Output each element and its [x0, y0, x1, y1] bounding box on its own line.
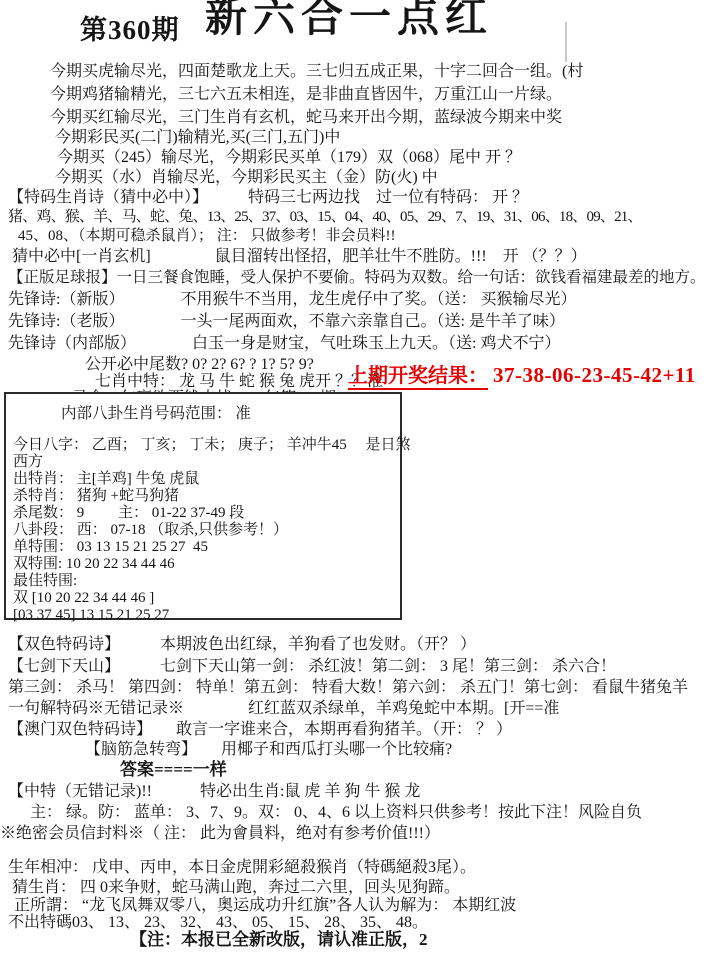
seven-swords-line-2: 第三剑： 杀马！ 第四剑： 特单！第五剑： 特看大数！第六剑： 杀五门！第七剑：…: [8, 678, 688, 698]
box-line-kill-zodiac: 杀特肖： 猪狗 +蛇马狗猪: [13, 488, 400, 505]
pioneer-poem-old: 先锋诗:（老版） 一头一尾两面欢，不靠六亲靠自己。（送: 是牛羊了味）: [8, 312, 565, 332]
box-line-kill-tail: 杀尾数： 9 主： 01-22 37-49 段: [13, 505, 400, 522]
seven-swords-line-1: 【七剑下天山】 七剑下天山第一剑： 杀红波！第二剑： 3 尾！第三剑： 杀六合！: [8, 657, 616, 677]
box-line-best-even: 双 [10 20 22 34 44 46 ]: [13, 590, 400, 607]
pioneer-poem-internal: 先锋诗（内部版） 白玉一身是财宝，气吐珠玉上九天。（送: 鸡犬不宁）: [8, 334, 560, 354]
box-line-best-mixed: [03 37 45] 13 15 21 25 27: [13, 607, 400, 624]
box-title: 内部八卦生肖号码范围： 准: [61, 401, 400, 423]
pioneer-poem-new: 先锋诗:（新版） 不用猴牛不当用，龙生虎仔中了奖。（送： 买猴输尽光）: [8, 290, 576, 310]
brain-teaser-line: 【脑筋急转弯】 用椰子和西瓜打头哪一个比较痛?: [85, 740, 452, 760]
previous-result-label: 上期开奖结果：: [348, 365, 488, 390]
box-line-bagua-range: 八卦段： 西： 07-18 （取杀,只供参考！）: [13, 522, 400, 539]
previous-result: 上期开奖结果： 37-38-06-23-45-42+11: [348, 365, 696, 386]
box-line-best-label: 最佳特围:: [13, 573, 400, 590]
scan-artifact: [565, 22, 567, 62]
bagua-info-box: 内部八卦生肖号码范围： 准 今日八字： 乙酉； 丁亥； 丁未； 庚子； 羊冲牛4…: [4, 392, 402, 620]
section-special-zodiac-poem: 【特码生肖诗（猜中必中）】 特码三七两边找 过一位有特码： 开 ？: [8, 188, 528, 208]
brain-teaser-answer: 答案====一样: [120, 760, 227, 780]
poem-line-2: 今期鸡猪输精光，三七六五未相连，是非曲直皆因牛，万重江山一片绿。: [50, 85, 562, 105]
poem-line-3: 今期买红输尽光，三门生肖有玄机，蛇马来开出今期，蓝绿波今期来中奖: [50, 108, 562, 128]
zodiac-numbers-line-2: 45、08、（本期可稳杀鼠肖）； 注： 只做参考！非会员料!!: [18, 226, 396, 246]
zodiac-numbers-line-1: 猪、鸡、猴、羊、马、蛇、兔、13、25、37、03、15、04、40、05、29…: [8, 207, 642, 227]
birth-year-clash-line: 生年相冲： 戊申、丙申，本日金虎開彩絕殺猴肖（特碼絕殺3尾）。: [8, 858, 476, 878]
issue-number: 第360期: [80, 20, 180, 40]
previous-result-numbers: 37-38-06-23-45-42+11: [493, 363, 696, 387]
box-line-bazi: 今日八字： 乙酉； 丁亥； 丁未； 庚子； 羊冲牛45 是日煞: [13, 437, 400, 454]
one-zodiac-mystery-line: 猜中必中[一肖玄机] 鼠目溜转出怪招，肥羊壮牛不胜防。!!! 开 （？？）: [12, 247, 587, 267]
macau-two-color-line: 【澳门双色特码诗】 敢言一字谁来合，本期再看狗猪羊。（开： ？ ）: [8, 720, 512, 740]
one-sentence-code-line: 一句解特码※无错记录※ 红红蓝双杀绿单，羊鸡兔蛇中本期。[开==准: [8, 699, 559, 719]
guess-zodiac-line: 猜生肖： 四 0来争财，蛇马满山跑，奔过二六里，回头见狗蹄。: [12, 878, 460, 898]
football-paper-line: 【正版足球报】一日三餐食饱睡，受人保护不要偷。特码为双数。给一句话：欲钱看福建最…: [8, 268, 706, 288]
page-title: 新六合一点红: [205, 8, 493, 28]
box-line-even-range: 双特围: 10 20 22 34 44 46: [13, 556, 400, 573]
box-line-out-zodiac: 出特肖： 主[羊鸡] 牛兔 虎鼠: [13, 471, 400, 488]
box-line-odd-range: 单特围： 03 13 15 21 25 27 45: [13, 539, 400, 556]
poem-line-5: 今期买（245）输尽光，今期彩民买单（179）双（068）尾中 开 ？: [57, 148, 521, 168]
poem-line-6: 今期买（水）肖输尽光，今期彩民买主（金）防(火) 中: [55, 168, 438, 188]
lottery-tip-sheet: 第360期 新六合一点红 今期买虎输尽光，四面楚歌龙上天。三七归五成正果，十字二…: [0, 0, 708, 970]
footer-note: 【注：本报已全新改版，请认准正版，2: [130, 930, 428, 950]
main-guard-line: 主： 绿。防： 蓝单： 3、7、9。双： 0、4、6 以上资料只供参考！按此下注…: [30, 803, 642, 823]
secret-member-line: ※绝密会员信封料※（ 注： 此为會員料，绝对有参考价值!!!）: [0, 824, 440, 844]
two-color-poem-line: 【双色特码诗】 本期波色出红绿，羊狗看了也发财。（开？ ）: [8, 635, 476, 655]
zhongte-line: 【中特（无错记录)!! 特必出生肖:鼠 虎 羊 狗 牛 猴 龙: [8, 782, 420, 802]
box-line-west: 西方: [13, 454, 400, 471]
poem-line-4: 今期彩民买(二门)输精光,买(三门,五门)中: [55, 128, 340, 148]
poem-line-1: 今期买虎输尽光，四面楚歌龙上天。三七归五成正果，十字二回合一组。(村: [50, 62, 583, 82]
